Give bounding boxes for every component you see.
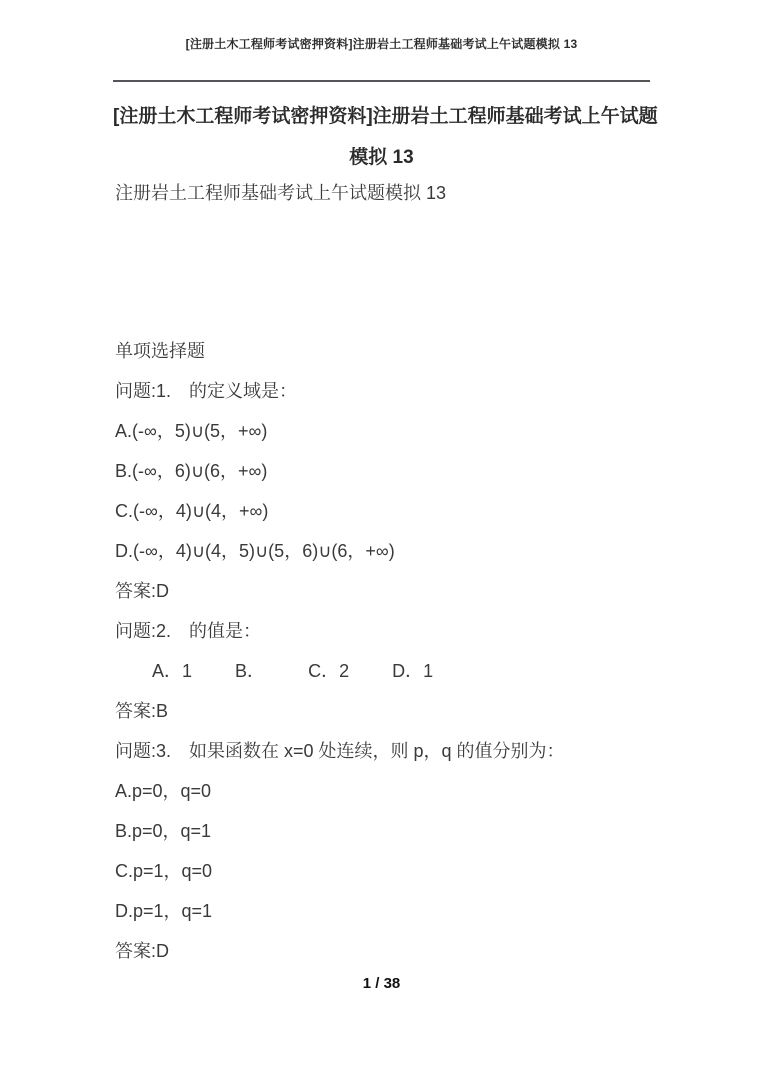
question-1-option-d: D.(-∞，4)∪(4，5)∪(5，6)∪(6，+∞) (115, 531, 675, 571)
question-3-answer: 答案:D (115, 931, 675, 971)
header-rule (113, 80, 650, 82)
exam-body: 单项选择题 问题:1. 的定义域是： A.(-∞，5)∪(5，+∞) B.(-∞… (115, 331, 675, 971)
page-title-line1: [注册土木工程师考试密押资料]注册岩土工程师基础考试上午试题 (113, 96, 650, 137)
question-2-option-c: C．2 (308, 651, 349, 691)
question-2-option-d: D．1 (392, 651, 433, 691)
question-2-option-a: A．1 (152, 651, 192, 691)
question-1-answer: 答案:D (115, 571, 675, 611)
question-2-answer: 答案:B (115, 691, 675, 731)
question-3-prompt: 问题:3. 如果函数在 x=0 处连续，则 p，q 的值分别为： (115, 731, 675, 771)
page-title-line2: 模拟 13 (113, 137, 650, 178)
section-heading: 单项选择题 (115, 331, 675, 371)
page-title: [注册土木工程师考试密押资料]注册岩土工程师基础考试上午试题 模拟 13 (113, 96, 650, 178)
question-2-options-row: A．1 B． C．2 D．1 (115, 651, 675, 691)
document-page: [注册土木工程师考试密押资料]注册岩土工程师基础考试上午试题模拟 13 [注册土… (0, 0, 763, 1080)
question-3-option-d: D.p=1，q=1 (115, 891, 675, 931)
question-2-option-b: B． (235, 651, 265, 691)
question-1-option-a: A.(-∞，5)∪(5，+∞) (115, 411, 675, 451)
question-2-prompt: 问题:2. 的值是： (115, 611, 675, 651)
question-1-option-c: C.(-∞，4)∪(4，+∞) (115, 491, 675, 531)
running-header: [注册土木工程师考试密押资料]注册岩土工程师基础考试上午试题模拟 13 (0, 36, 763, 52)
question-1-prompt: 问题:1. 的定义域是： (115, 371, 675, 411)
page-number: 1 / 38 (0, 974, 763, 994)
document-subtitle: 注册岩土工程师基础考试上午试题模拟 13 (115, 181, 652, 205)
question-3-option-c: C.p=1，q=0 (115, 851, 675, 891)
question-1-option-b: B.(-∞，6)∪(6，+∞) (115, 451, 675, 491)
question-3-option-a: A.p=0，q=0 (115, 771, 675, 811)
question-3-option-b: B.p=0，q=1 (115, 811, 675, 851)
